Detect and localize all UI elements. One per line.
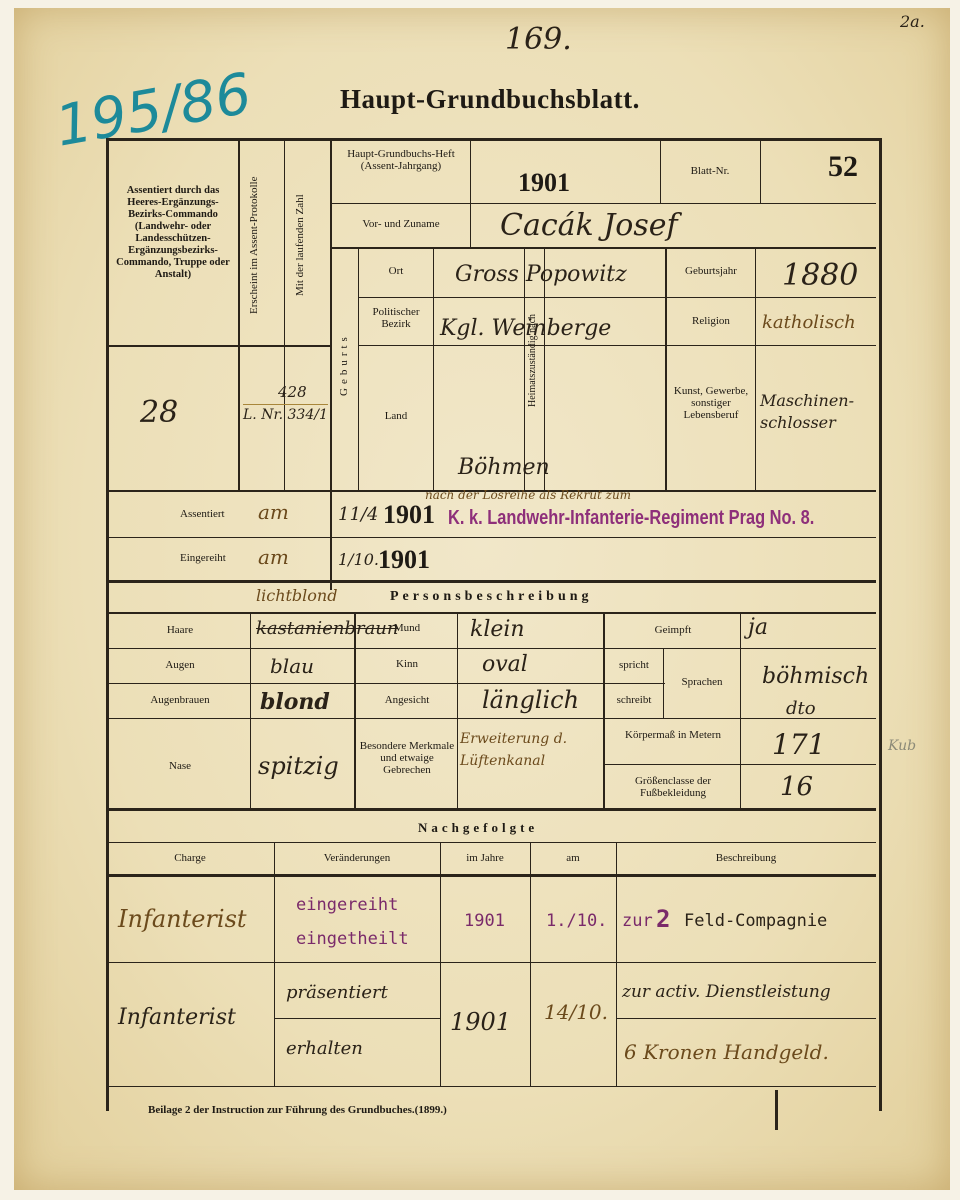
assentiert-date: 11/4: [338, 504, 378, 525]
col-jahr: im Jahre: [440, 852, 530, 864]
row1-date: 1./10.: [546, 911, 607, 931]
beruf-label: Kunst, Gewerbe, sonstiger Lebensberuf: [668, 385, 754, 421]
schreibt-value: dto: [786, 698, 816, 719]
land-value: Böhmen: [458, 455, 550, 480]
geburts-label: Geburts: [338, 300, 350, 430]
erscheint-label: Erscheint im Assent-Protokolle: [248, 150, 260, 340]
heft-value: 1901: [518, 168, 570, 198]
eingereiht-year: 1901: [378, 545, 430, 575]
protokoll-top: 428: [278, 383, 307, 401]
bezirk-value: Kgl. Weinberge: [440, 316, 611, 341]
row1-change-1: eingereiht: [296, 895, 398, 915]
bezirk-label: Politischer Bezirk: [360, 306, 432, 330]
land-label: Land: [360, 410, 432, 422]
augenbrauen-value: blond: [260, 689, 330, 715]
eingereiht-date: 1/10.: [338, 550, 379, 569]
page-title: Haupt-Grundbuchsblatt.: [340, 84, 640, 115]
haare-new: lichtblond: [256, 586, 337, 605]
kinn-label: Kinn: [358, 658, 456, 670]
fuss-value: 16: [780, 772, 813, 802]
koerpermass-value: 171: [772, 728, 825, 761]
row1-change-2: eingetheilt: [296, 929, 409, 949]
kinn-value: oval: [482, 652, 528, 677]
row2-desc-2: 6 Kronen Handgeld.: [624, 1040, 829, 1064]
blatt-label: Blatt-Nr.: [665, 165, 755, 177]
geimpft-label: Geimpft: [606, 624, 740, 636]
description-title: Personsbeschreibung: [390, 589, 593, 605]
page-number: 169.: [505, 22, 572, 57]
margin-note: Kub: [888, 738, 916, 754]
angesicht-label: Angesicht: [358, 694, 456, 706]
col-am: am: [530, 852, 616, 864]
heft-label: Haupt-Grundbuchs-Heft (Assent-Jahrgang): [336, 148, 466, 172]
assentiert-durch-label: Assentiert durch das Heeres-Ergänzungs-B…: [112, 185, 234, 281]
geimpft-value: ja: [748, 615, 768, 640]
sprachen-label: Sprachen: [664, 676, 740, 688]
row1-desc: Feld-Compagnie: [684, 911, 827, 931]
row2-charge: Infanterist: [118, 1005, 236, 1030]
row2-change-1: präsentiert: [286, 982, 388, 1003]
schreibt-label: schreibt: [606, 694, 662, 706]
col-veraenderungen: Veränderungen: [274, 852, 440, 864]
beruf-value: Maschinen-schlosser: [760, 390, 870, 434]
geburtsjahr-label: Geburtsjahr: [668, 265, 754, 277]
angesicht-value: länglich: [482, 686, 579, 714]
augen-value: blau: [270, 654, 314, 678]
protokoll-bottom: L. Nr. 334/1: [243, 404, 328, 423]
laufende-zahl-label: Mit der laufenden Zahl: [294, 150, 306, 340]
ort-value: Gross Popowitz: [455, 262, 627, 287]
row1-desc-prefix: zur: [622, 911, 653, 931]
assentiert-durch-value: 28: [140, 395, 178, 430]
row2-change-2: erhalten: [286, 1038, 363, 1059]
row1-desc-num: 2: [656, 905, 670, 933]
augenbrauen-label: Augenbrauen: [110, 694, 250, 706]
mund-value: klein: [470, 617, 525, 642]
name-label: Vor- und Zuname: [336, 218, 466, 230]
row2-date: 14/10.: [544, 1000, 608, 1024]
blatt-value: 52: [828, 150, 858, 184]
row2-year: 1901: [450, 1008, 511, 1036]
eingereiht-am: am: [258, 545, 289, 569]
row2-desc-1: zur activ. Dienstleistung: [622, 982, 831, 1002]
fuss-label: Größenclasse der Fußbekleidung: [606, 775, 740, 799]
spricht-value: böhmisch: [762, 664, 869, 689]
spricht-label: spricht: [606, 659, 662, 671]
form-footer: Beilage 2 der Instruction zur Führung de…: [148, 1104, 447, 1116]
mund-label: Mund: [358, 622, 456, 634]
assentiert-label: Assentiert: [180, 508, 225, 520]
name-value: Cacák Josef: [500, 208, 678, 243]
geburtsjahr-value: 1880: [782, 258, 858, 293]
merkmale-label: Besondere Merkmale und etwaige Gebrechen: [358, 740, 456, 776]
col-charge: Charge: [106, 852, 274, 864]
nase-value: spitzig: [258, 752, 339, 780]
regiment-stamp: K. k. Landwehr-Infanterie-Regiment Prag …: [448, 507, 814, 530]
col-beschreibung: Beschreibung: [616, 852, 876, 864]
ort-label: Ort: [360, 265, 432, 277]
assentiert-year: 1901: [383, 500, 435, 530]
eingereiht-label: Eingereiht: [180, 552, 226, 564]
religion-label: Religion: [668, 315, 754, 327]
changes-title: Nachgefolgte: [418, 820, 538, 836]
religion-value: katholisch: [762, 312, 856, 333]
nase-label: Nase: [110, 760, 250, 772]
assentiert-am: am: [258, 500, 289, 524]
row1-year: 1901: [464, 911, 505, 931]
merkmale-value: Erweiterung d. Lüftenkanal: [460, 728, 600, 772]
row1-charge: Infanterist: [118, 905, 247, 933]
koerpermass-label: Körpermaß in Metern: [606, 729, 740, 741]
haare-label: Haare: [110, 624, 250, 636]
augen-label: Augen: [110, 659, 250, 671]
assentiert-note: nach der Losreihe als Rekrut zum: [425, 488, 631, 502]
corner-mark: 2a.: [900, 12, 925, 31]
heimat-label: Heimatszuständig nach: [527, 300, 538, 420]
